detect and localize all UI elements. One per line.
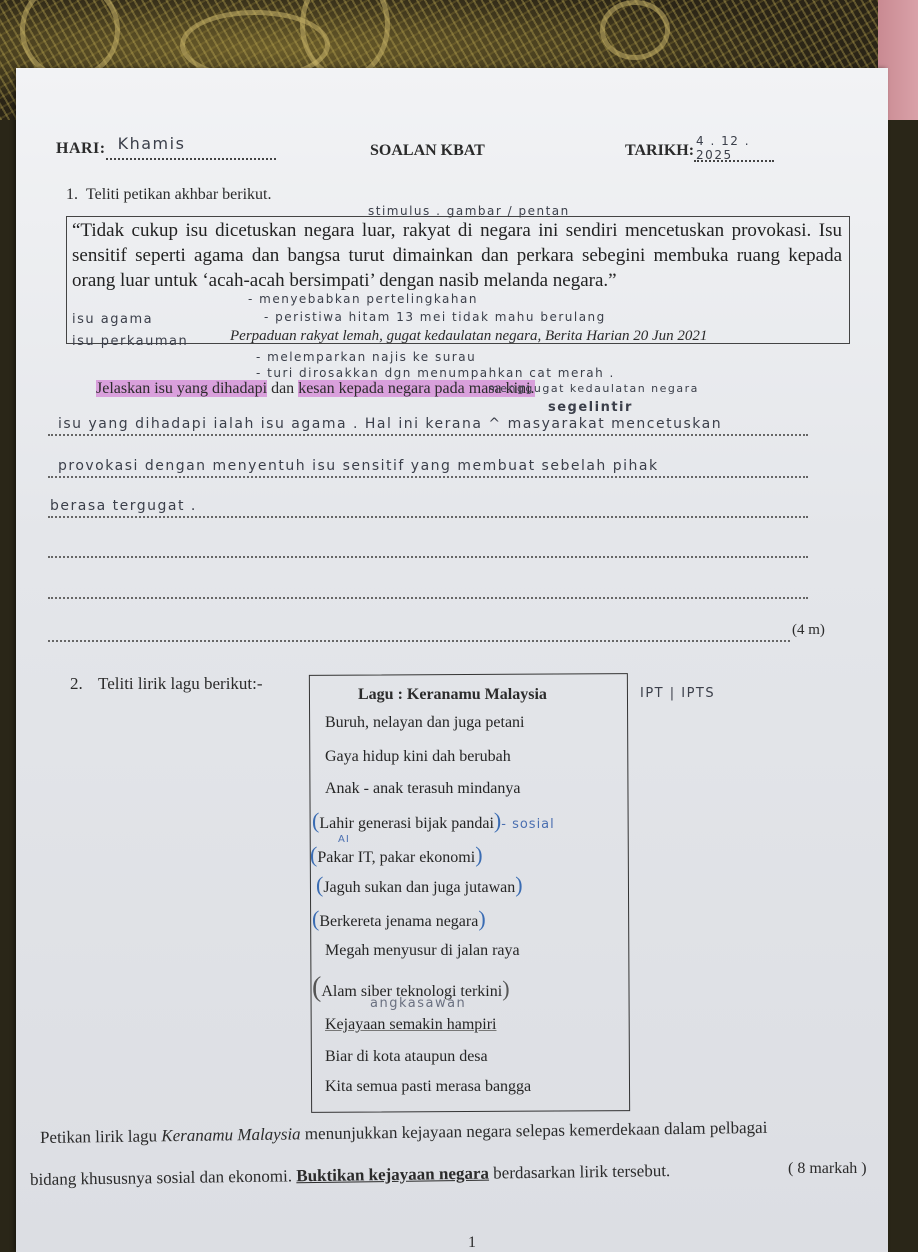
answer-line[interactable] [48,640,790,642]
task-highlight-issue: Jelaskan isu yang dihadapi [96,380,267,397]
note-isu-perkauman: isu perkauman [72,334,188,349]
note-najis: - melemparkan najis ke surau [256,350,476,364]
lyric-line: Kejayaan semakin hampiri [325,1016,497,1034]
prompt-text: berdasarkan lirik tersebut. [489,1161,671,1183]
lyric-line-marked: (Jaguh sukan dan juga jutawan) [316,872,523,898]
song-name-italic: Keranamu Malaysia [161,1124,301,1145]
note-isu-agama: isu agama [72,312,153,327]
answer-line[interactable] [48,434,808,436]
answer-text-1: isu yang dihadapi ialah isu agama . Hal … [58,416,722,432]
lyric-line: Kita semua pasti merasa bangga [325,1078,531,1096]
q1-number: 1. [66,186,78,204]
prompt-bold-instruction: Buktikan kejayaan negara [296,1164,489,1186]
answer-line[interactable] [48,556,808,558]
date-label: TARIKH: [625,142,694,159]
note-peristiwa: - peristiwa hitam 13 mei tidak mahu beru… [264,310,606,324]
q1-task: Jelaskan isu yang dihadapi dan kesan kep… [96,380,535,398]
date-field: TARIKH:4 . 12 . 2025 [625,142,774,162]
day-field: HARI:Khamis [56,140,276,160]
news-source: Perpaduan rakyat lemah, gugat kedaulatan… [230,328,707,345]
task-mid: dan [267,380,298,397]
answer-line[interactable] [48,476,808,478]
day-label: HARI: [56,140,106,157]
lyric-line-marked: (Lahir generasi bijak pandai)- sosial [312,808,555,834]
news-quote: “Tidak cukup isu dicetuskan negara luar,… [72,218,842,293]
q2-instruction: Teliti lirik lagu berikut:- [98,674,263,694]
bracket-close: ) [502,976,509,1001]
note-kedaulatan: menggugat kedaulatan negara [488,382,699,395]
answer-line[interactable] [48,516,808,518]
lyric-line-marked: (Pakar IT, pakar ekonomi) [310,842,483,868]
date-value: 4 . 12 . 2025 [696,134,774,162]
lyric-line: Megah menyusur di jalan raya [325,942,520,960]
date-input[interactable]: 4 . 12 . 2025 [694,142,774,162]
note-ipt: IPT | IPTS [640,686,715,701]
note-pertelingkahan: - menyebabkan pertelingkahan [248,292,478,306]
worksheet-title: SOALAN KBAT [370,142,485,160]
bracket-close: ) [515,872,522,897]
note-sosial: - sosial [501,817,555,832]
lyric-line-marked: (Berkereta jenama negara) [312,906,486,932]
lyric-text: Berkereta jenama negara [319,913,478,930]
lyric-line: Anak - anak terasuh mindanya [325,780,520,798]
q2-number: 2. [70,674,83,694]
bracket-close: ) [475,842,482,867]
lyric-line: Biar di kota ataupun desa [325,1048,488,1066]
page-number: 1 [468,1234,476,1252]
prompt-text: Petikan lirik lagu [40,1126,162,1147]
answer-text-3: berasa tergugat . [50,498,197,514]
answer-text-2: provokasi dengan menyentuh isu sensitif … [58,458,659,474]
lyric-line: Gaya hidup kini dah berubah [325,748,511,766]
note-segelintir: segelintir [548,400,633,415]
note-angkasawan: angkasawan [370,996,466,1011]
fabric-pattern [600,0,670,60]
day-input[interactable]: Khamis [106,140,276,160]
q2-marks: ( 8 markah ) [788,1160,867,1178]
lyric-text: Pakar IT, pakar ekonomi [317,849,475,866]
song-title: Lagu : Keranamu Malaysia [358,686,547,704]
note-cat-merah: - turi dirosakkan dgn menumpahkan cat me… [256,366,615,380]
bracket-close: ) [478,906,485,931]
lyric-text: Jaguh sukan dan juga jutawan [323,879,515,896]
lyric-line: Buruh, nelayan dan juga petani [325,714,525,732]
day-value: Khamis [118,134,186,153]
q1-instruction: Teliti petikan akhbar berikut. [86,186,271,204]
answer-line[interactable] [48,597,808,599]
q1-marks: (4 m) [792,622,825,639]
bracket-open: ( [312,972,321,1003]
prompt-text: bidang khususnya sosial dan ekonomi. [30,1166,297,1189]
lyric-text: Lahir generasi bijak pandai [319,815,494,832]
